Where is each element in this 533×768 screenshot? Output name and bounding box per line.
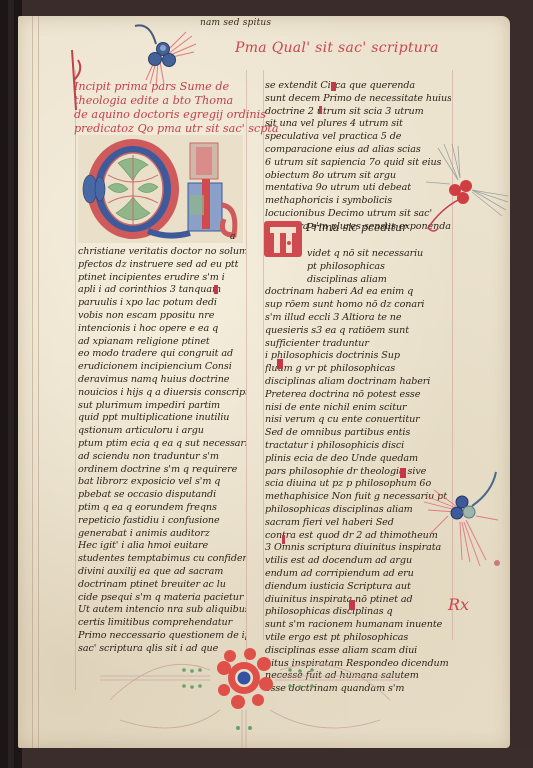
page-marker: Rx xyxy=(448,595,469,614)
blue-trefoil-red-spray-icon xyxy=(420,470,530,590)
red-trefoil-ornament-icon xyxy=(420,140,530,240)
bottom-rosette-ornament-icon xyxy=(100,640,400,750)
